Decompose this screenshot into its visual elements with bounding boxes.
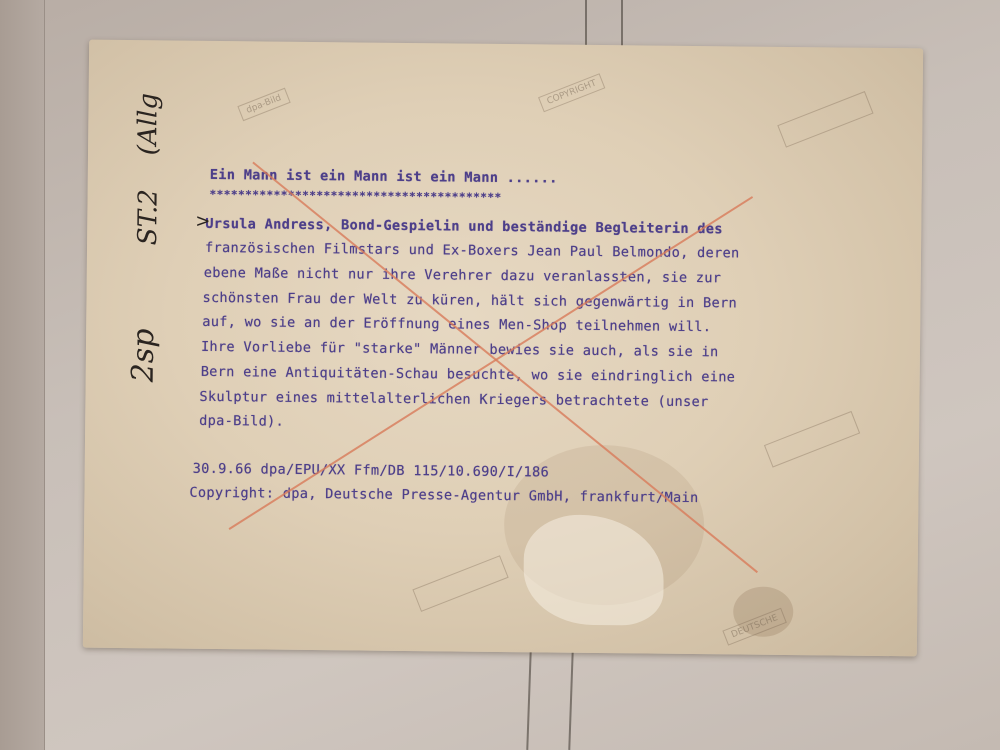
handwritten-arrow-icon: > xyxy=(195,211,210,232)
body-line: dpa-Bild). xyxy=(199,413,284,430)
upholstery-seam-top-2 xyxy=(621,0,623,46)
stamp-blank-right xyxy=(764,411,860,468)
upholstery-seam-bottom-2 xyxy=(568,650,573,750)
stamp-copyright: COPYRIGHT xyxy=(538,73,606,112)
body-line: schönsten Frau der Welt zu küren, hält s… xyxy=(202,290,737,312)
handwritten-note-st2: ST.2 xyxy=(133,189,164,245)
body-line: Skulptur eines mittelalterlichen Krieger… xyxy=(199,389,708,410)
handwritten-note-allg: (Allg xyxy=(133,93,164,156)
upholstery-seam-top xyxy=(585,0,587,46)
stamp-blank-bottom xyxy=(412,555,508,612)
body-line: Bern eine Antiquitäten-Schau besuchte, w… xyxy=(201,364,736,386)
body-line: auf, wo sie an der Eröffnung eines Men-S… xyxy=(202,314,711,335)
stamp-blank-top-right xyxy=(777,91,873,148)
upholstery-seam-bottom xyxy=(526,650,531,750)
left-surface-edge xyxy=(0,0,45,750)
body-line: französischen Filmstars und Ex-Boxers Je… xyxy=(205,240,740,262)
handwritten-note-2sp: 2sp xyxy=(126,328,162,382)
body-line: Ursula Andress, Bond-Gespielin und bestä… xyxy=(205,216,723,237)
headline-underline: ****************************************… xyxy=(210,188,502,204)
reference-line: 30.9.66 dpa/EPU/XX Ffm/DB 115/10.690/I/1… xyxy=(193,461,549,481)
body-line: Ihre Vorliebe für "starke" Männer bewies… xyxy=(201,339,719,360)
body-line: ebene Maße nicht nur ihre Verehrer dazu … xyxy=(204,265,722,286)
photo-back: dpa-Bild COPYRIGHT DEUTSCHE Ein Mann ist… xyxy=(83,40,923,657)
stamp-dpa-bild: dpa-Bild xyxy=(237,88,290,121)
